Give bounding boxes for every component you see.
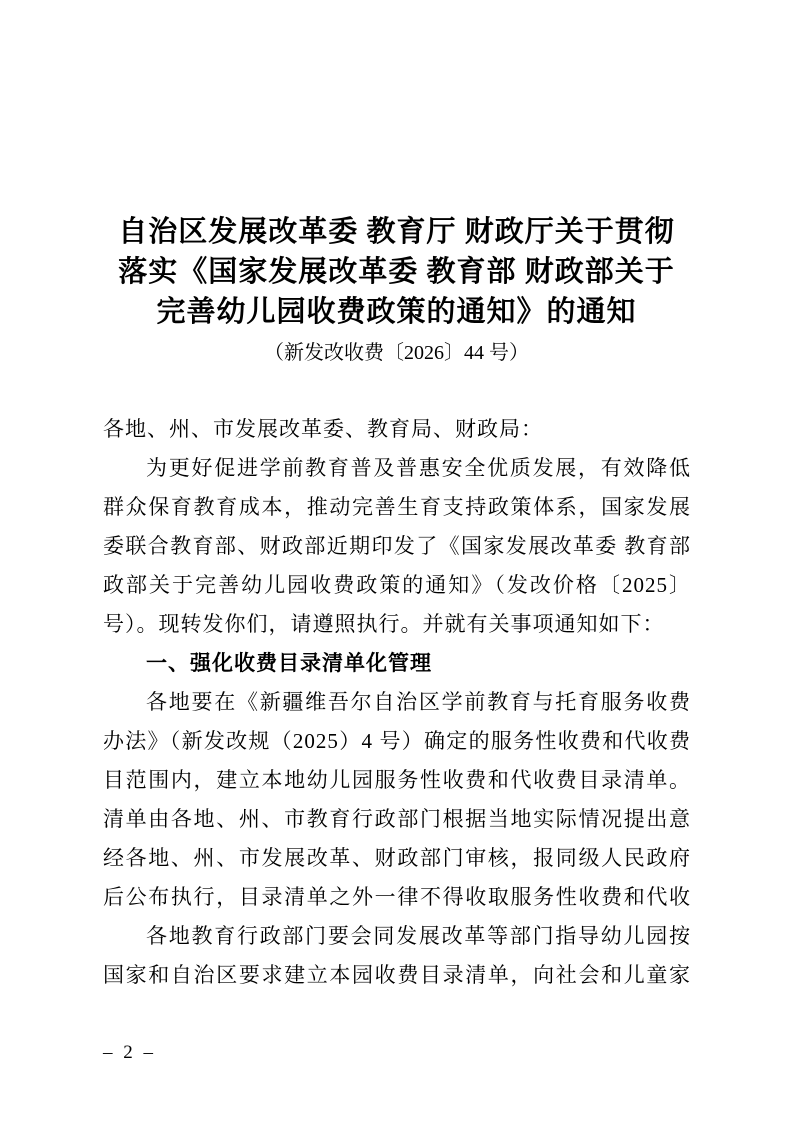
body-line: 群众保育教育成本，推动完善生育支持政策体系，国家发展改革 — [103, 488, 691, 527]
document-title-line-1: 自治区发展改革委 教育厅 财政厅关于贯彻 — [0, 212, 793, 252]
document-body: 各地、州、市发展改革委、教育局、财政局： 为更好促进学前教育普及普惠安全优质发展… — [103, 410, 691, 995]
salutation-line: 各地、州、市发展改革委、教育局、财政局： — [103, 410, 691, 449]
document-title-line-3: 完善幼儿园收费政策的通知》的通知 — [0, 292, 793, 332]
body-line: 为更好促进学前教育普及普惠安全优质发展，有效降低人民 — [103, 449, 691, 488]
body-line: 号）。现转发你们，请遵照执行。并就有关事项通知如下： — [103, 605, 691, 644]
body-line: 国家和自治区要求建立本园收费目录清单，向社会和儿童家长公 — [103, 956, 691, 995]
body-line: 政部关于完善幼儿园收费政策的通知》（发改价格〔2025〕1644 — [103, 566, 691, 605]
body-line: 后公布执行，目录清单之外一律不得收取服务性收费和代收费。 — [103, 878, 691, 917]
document-title: 自治区发展改革委 教育厅 财政厅关于贯彻 落实《国家发展改革委 教育部 财政部关… — [0, 212, 793, 332]
body-line: 清单由各地、州、市教育行政部门根据当地实际情况提出意见， — [103, 800, 691, 839]
body-line: 目范围内，建立本地幼儿园服务性收费和代收费目录清单。目录 — [103, 761, 691, 800]
document-page: 自治区发展改革委 教育厅 财政厅关于贯彻 落实《国家发展改革委 教育部 财政部关… — [0, 0, 793, 1122]
document-number: （新发改收费〔2026〕44 号） — [0, 333, 793, 373]
section-heading: 一、强化收费目录清单化管理 — [103, 644, 691, 683]
body-line: 经各地、州、市发展改革、财政部门审核，报同级人民政府同意 — [103, 839, 691, 878]
page-number: – 2 – — [103, 1040, 156, 1066]
body-line: 各地要在《新疆维吾尔自治区学前教育与托育服务收费管理 — [103, 683, 691, 722]
document-title-line-2: 落实《国家发展改革委 教育部 财政部关于 — [0, 252, 793, 292]
body-line: 各地教育行政部门要会同发展改革等部门指导幼儿园按照 — [103, 917, 691, 956]
body-line: 办法》（新发改规（2025）4 号）确定的服务性收费和代收费项 — [103, 722, 691, 761]
body-line: 委联合教育部、财政部近期印发了《国家发展改革委 教育部 财 — [103, 527, 691, 566]
